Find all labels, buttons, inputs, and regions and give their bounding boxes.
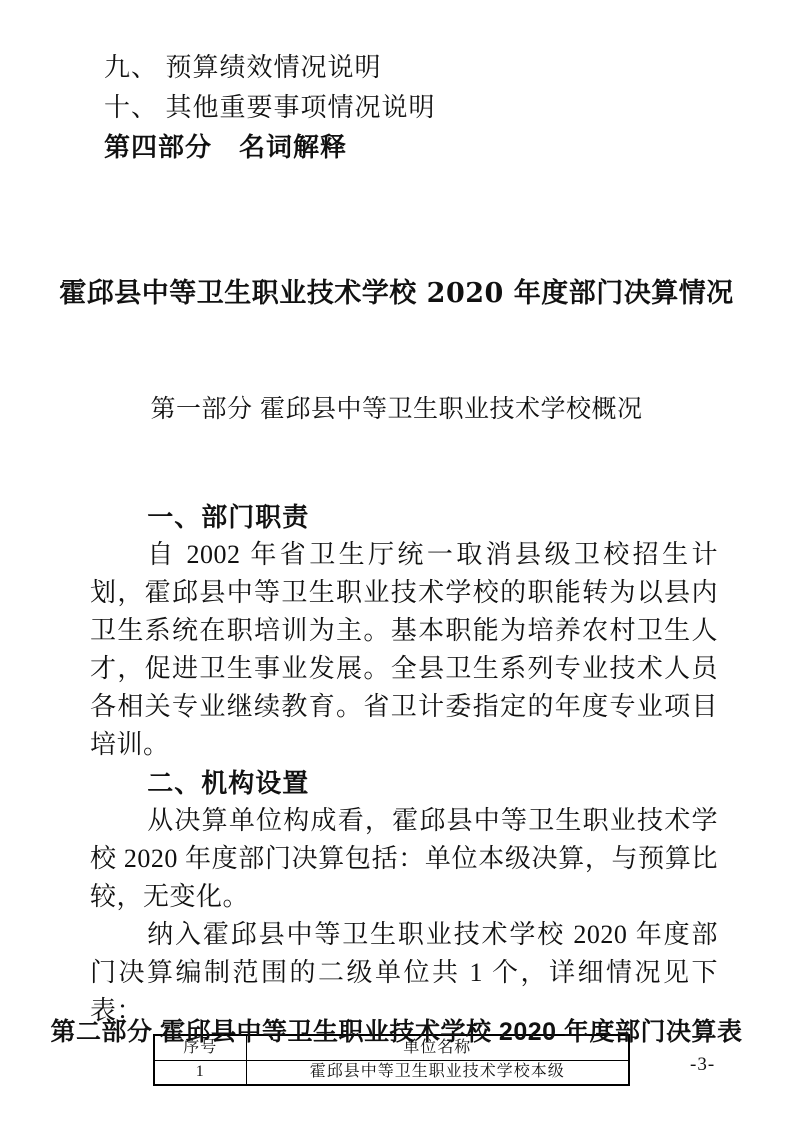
table-of-contents-fragment: 九、 预算绩效情况说明 十、 其他重要事项情况说明 第四部分 名词解释 bbox=[104, 48, 436, 168]
section2-heading: 二、机构设置 bbox=[90, 764, 718, 802]
toc-item-ten: 十、 其他重要事项情况说明 bbox=[104, 88, 436, 128]
document-page: 九、 预算绩效情况说明 十、 其他重要事项情况说明 第四部分 名词解释 霍邱县中… bbox=[0, 0, 793, 1122]
section2-paragraph-1: 从决算单位构成看，霍邱县中等卫生职业技术学校 2020 年度部门决算包括：单位本… bbox=[90, 802, 718, 916]
toc-part4-heading: 第四部分 名词解释 bbox=[104, 128, 436, 168]
toc-item-nine: 九、 预算绩效情况说明 bbox=[104, 48, 436, 88]
units-table-cell-unit-name: 霍邱县中等卫生职业技术学校本级 bbox=[246, 1060, 629, 1085]
page-number: -3- bbox=[690, 1054, 715, 1076]
part1-heading: 第一部分 霍邱县中等卫生职业技术学校概况 bbox=[0, 389, 793, 425]
part2-heading: 第二部分 霍邱县中等卫生职业技术学校 2020 年度部门决算表 bbox=[0, 1012, 793, 1048]
units-table-cell-index: 1 bbox=[154, 1060, 246, 1085]
document-title: 霍邱县中等卫生职业技术学校 2020 年度部门决算情况 bbox=[0, 271, 793, 310]
units-table-row: 1 霍邱县中等卫生职业技术学校本级 bbox=[154, 1060, 629, 1085]
section1-heading: 一、部门职责 bbox=[90, 498, 718, 536]
section1-paragraph: 自 2002 年省卫生厅统一取消县级卫校招生计划，霍邱县中等卫生职业技术学校的职… bbox=[90, 536, 718, 764]
document-body: 一、部门职责 自 2002 年省卫生厅统一取消县级卫校招生计划，霍邱县中等卫生职… bbox=[90, 498, 718, 1086]
